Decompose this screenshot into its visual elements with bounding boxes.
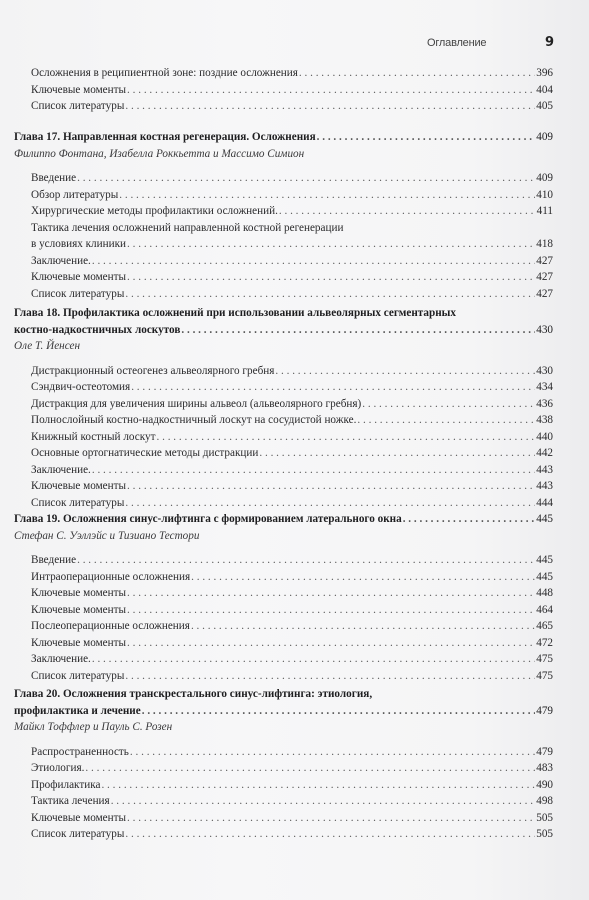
- entry-label: Список литературы: [31, 826, 124, 842]
- dot-leader: [357, 412, 535, 428]
- entry-page-number: 405: [536, 98, 553, 114]
- entry-label: Полнослойный костно-надкостничный лоскут…: [31, 412, 356, 428]
- entry-label: Ключевые моменты: [31, 478, 126, 494]
- entry-label: Осложнения в реципиентной зоне: поздние …: [31, 65, 298, 81]
- chapter-title[interactable]: Глава 19. Осложнения синус-лифтинга с фо…: [14, 511, 553, 527]
- toc-entry[interactable]: Осложнения в реципиентной зоне: поздние …: [31, 65, 553, 81]
- dot-leader: [142, 703, 536, 719]
- entry-label: Заключение.: [31, 462, 91, 478]
- dot-leader: [362, 396, 535, 412]
- entry-page-number: 445: [536, 569, 553, 585]
- running-head: Оглавление 9: [0, 36, 589, 52]
- entry-page-number: 475: [536, 651, 553, 667]
- toc-entry[interactable]: Этиология.483: [31, 760, 553, 776]
- toc-entry[interactable]: Список литературы505: [31, 826, 553, 842]
- entry-label: профилактика и лечение: [14, 703, 141, 719]
- entry-label: Заключение.: [31, 651, 91, 667]
- chapter-title[interactable]: Глава 20. Осложнения транскрестального с…: [14, 686, 553, 702]
- entry-label: Ключевые моменты: [31, 269, 126, 285]
- dot-leader: [127, 236, 535, 252]
- dot-leader: [181, 322, 535, 338]
- toc-entry[interactable]: Послеоперационные осложнения465: [31, 618, 553, 634]
- entry-page-number: 443: [536, 462, 553, 478]
- dot-leader: [157, 429, 536, 445]
- entry-page-number: 436: [536, 396, 553, 412]
- toc-entry[interactable]: Введение409: [31, 170, 553, 186]
- entry-page-number: 404: [536, 82, 553, 98]
- entry-page-number: 505: [536, 826, 553, 842]
- dot-leader: [85, 760, 535, 776]
- dot-leader: [127, 478, 535, 494]
- dot-leader: [92, 462, 535, 478]
- entry-page-number: 464: [536, 602, 553, 618]
- toc-entry[interactable]: Ключевые моменты404: [31, 82, 553, 98]
- entry-label: Хирургические методы профилактики осложн…: [31, 203, 278, 219]
- entry-label: Сэндвич-остеотомия: [31, 379, 130, 395]
- entry-label: Книжный костный лоскут: [31, 429, 156, 445]
- dot-leader: [191, 618, 535, 634]
- entry-label: костно-надкостничных лоскутов: [14, 322, 180, 338]
- toc-entry[interactable]: Основные ортогнатические методы дистракц…: [31, 445, 553, 461]
- chapter-title[interactable]: костно-надкостничных лоскутов430: [14, 322, 553, 338]
- toc-entry[interactable]: Ключевые моменты427: [31, 269, 553, 285]
- chapter-title[interactable]: Глава 18. Профилактика осложнений при ис…: [14, 305, 553, 321]
- toc-entry[interactable]: Список литературы405: [31, 98, 553, 114]
- entry-label: Тактика лечения осложнений направленной …: [31, 220, 343, 236]
- entry-page-number: 427: [536, 253, 553, 269]
- entry-label: Распространенность: [31, 744, 129, 760]
- entry-label: Дистракция для увеличения ширины альвеол…: [31, 396, 361, 412]
- dot-leader: [275, 363, 535, 379]
- entry-page-number: 410: [536, 187, 553, 203]
- entry-page-number: 465: [536, 618, 553, 634]
- dot-leader: [130, 744, 535, 760]
- dot-leader: [191, 569, 535, 585]
- entry-label: Глава 17. Направленная костная регенерац…: [14, 129, 316, 145]
- dot-leader: [259, 445, 535, 461]
- toc-entry[interactable]: Обзор литературы410: [31, 187, 553, 203]
- entry-page-number: 505: [536, 810, 553, 826]
- dot-leader: [127, 82, 535, 98]
- dot-leader: [127, 635, 535, 651]
- toc-entry[interactable]: Список литературы444: [31, 495, 553, 511]
- dot-leader: [279, 203, 536, 219]
- dot-leader: [299, 65, 535, 81]
- chapter-title[interactable]: Глава 17. Направленная костная регенерац…: [14, 129, 553, 145]
- toc-entry[interactable]: Хирургические методы профилактики осложн…: [31, 203, 553, 219]
- entry-page-number: 427: [536, 286, 553, 302]
- entry-page-number: 445: [536, 511, 553, 527]
- chapter-authors: Оле Т. Йенсен: [14, 338, 80, 354]
- entry-label: Глава 18. Профилактика осложнений при ис…: [14, 305, 456, 321]
- entry-label: Ключевые моменты: [31, 585, 126, 601]
- toc-entry[interactable]: Список литературы475: [31, 668, 553, 684]
- entry-label: Список литературы: [31, 668, 124, 684]
- page-number: 9: [545, 35, 554, 50]
- entry-page-number: 427: [536, 269, 553, 285]
- entry-page-number: 483: [536, 760, 553, 776]
- entry-page-number: 479: [536, 744, 553, 760]
- toc-entry[interactable]: Введение445: [31, 552, 553, 568]
- toc-entry[interactable]: Интраоперационные осложнения445: [31, 569, 553, 585]
- toc-entry[interactable]: Дистракция для увеличения ширины альвеол…: [31, 396, 553, 412]
- entry-page-number: 490: [536, 777, 553, 793]
- entry-label: Введение: [31, 552, 76, 568]
- entry-page-number: 448: [536, 585, 553, 601]
- entry-page-number: 430: [536, 363, 553, 379]
- entry-label: Основные ортогнатические методы дистракц…: [31, 445, 258, 461]
- dot-leader: [127, 602, 535, 618]
- entry-label: Список литературы: [31, 98, 124, 114]
- entry-label: Этиология.: [31, 760, 84, 776]
- entry-label: Профилактика: [31, 777, 100, 793]
- entry-page-number: 445: [536, 552, 553, 568]
- entry-label: Список литературы: [31, 286, 124, 302]
- dot-leader: [127, 269, 535, 285]
- toc-entry[interactable]: Тактика лечения498: [31, 793, 553, 809]
- dot-leader: [111, 793, 536, 809]
- dot-leader: [317, 129, 536, 145]
- entry-label: Ключевые моменты: [31, 602, 126, 618]
- chapter-authors: Стефан С. Уэллэйс и Тизиано Тестори: [14, 528, 199, 544]
- toc-entry[interactable]: Ключевые моменты505: [31, 810, 553, 826]
- toc-entry[interactable]: Ключевые моменты448: [31, 585, 553, 601]
- dot-leader: [127, 585, 535, 601]
- entry-label: Тактика лечения: [31, 793, 110, 809]
- entry-page-number: 479: [536, 703, 553, 719]
- toc-entry[interactable]: Распространенность479: [31, 744, 553, 760]
- toc-entry[interactable]: Дистракционный остеогенез альвеолярного …: [31, 363, 553, 379]
- dot-leader: [131, 379, 535, 395]
- entry-page-number: 475: [536, 668, 553, 684]
- entry-page-number: 440: [536, 429, 553, 445]
- dot-leader: [125, 668, 535, 684]
- toc-entry[interactable]: Ключевые моменты464: [31, 602, 553, 618]
- entry-label: Ключевые моменты: [31, 635, 126, 651]
- entry-page-number: 444: [536, 495, 553, 511]
- dot-leader: [92, 651, 535, 667]
- chapter-authors: Филиппо Фонтана, Изабелла Роккьетта и Ма…: [14, 146, 304, 162]
- entry-label: Список литературы: [31, 495, 124, 511]
- entry-page-number: 443: [536, 478, 553, 494]
- entry-page-number: 409: [536, 129, 553, 145]
- entry-page-number: 418: [536, 236, 553, 252]
- entry-label: Обзор литературы: [31, 187, 118, 203]
- dot-leader: [125, 286, 535, 302]
- toc-entry[interactable]: Полнослойный костно-надкостничный лоскут…: [31, 412, 553, 428]
- dot-leader: [119, 187, 535, 203]
- dot-leader: [125, 98, 535, 114]
- entry-page-number: 438: [536, 412, 553, 428]
- entry-page-number: 396: [536, 65, 553, 81]
- toc-entry[interactable]: Заключение.475: [31, 651, 553, 667]
- chapter-title[interactable]: профилактика и лечение479: [14, 703, 553, 719]
- dot-leader: [77, 170, 535, 186]
- entry-label: в условиях клиники: [31, 236, 126, 252]
- entry-label: Глава 19. Осложнения синус-лифтинга с фо…: [14, 511, 402, 527]
- entry-page-number: 498: [536, 793, 553, 809]
- entry-page-number: 430: [536, 322, 553, 338]
- dot-leader: [101, 777, 535, 793]
- toc-entry[interactable]: Книжный костный лоскут440: [31, 429, 553, 445]
- toc-entry[interactable]: в условиях клиники418: [31, 236, 553, 252]
- entry-label: Дистракционный остеогенез альвеолярного …: [31, 363, 274, 379]
- toc-entry[interactable]: Список литературы427: [31, 286, 553, 302]
- dot-leader: [403, 511, 536, 527]
- entry-page-number: 409: [536, 170, 553, 186]
- entry-label: Ключевые моменты: [31, 810, 126, 826]
- dot-leader: [127, 810, 535, 826]
- entry-label: Интраоперационные осложнения: [31, 569, 190, 585]
- running-head-title: Оглавление: [427, 37, 486, 49]
- toc-entry[interactable]: Сэндвич-остеотомия434: [31, 379, 553, 395]
- entry-page-number: 434: [536, 379, 553, 395]
- dot-leader: [77, 552, 535, 568]
- dot-leader: [92, 253, 535, 269]
- entry-label: Заключение.: [31, 253, 91, 269]
- entry-label: Ключевые моменты: [31, 82, 126, 98]
- toc-entry[interactable]: Ключевые моменты472: [31, 635, 553, 651]
- toc-entry[interactable]: Ключевые моменты443: [31, 478, 553, 494]
- dot-leader: [125, 826, 535, 842]
- dot-leader: [125, 495, 535, 511]
- entry-label: Введение: [31, 170, 76, 186]
- entry-label: Глава 20. Осложнения транскрестального с…: [14, 686, 372, 702]
- entry-label: Послеоперационные осложнения: [31, 618, 190, 634]
- chapter-authors: Майкл Тоффлер и Пауль С. Розен: [14, 719, 172, 735]
- toc-entry[interactable]: Заключение.443: [31, 462, 553, 478]
- entry-page-number: 472: [536, 635, 553, 651]
- toc-entry[interactable]: Тактика лечения осложнений направленной …: [31, 220, 553, 236]
- toc-entry[interactable]: Заключение.427: [31, 253, 553, 269]
- toc-entry[interactable]: Профилактика490: [31, 777, 553, 793]
- entry-page-number: 411: [537, 203, 553, 219]
- entry-page-number: 442: [536, 445, 553, 461]
